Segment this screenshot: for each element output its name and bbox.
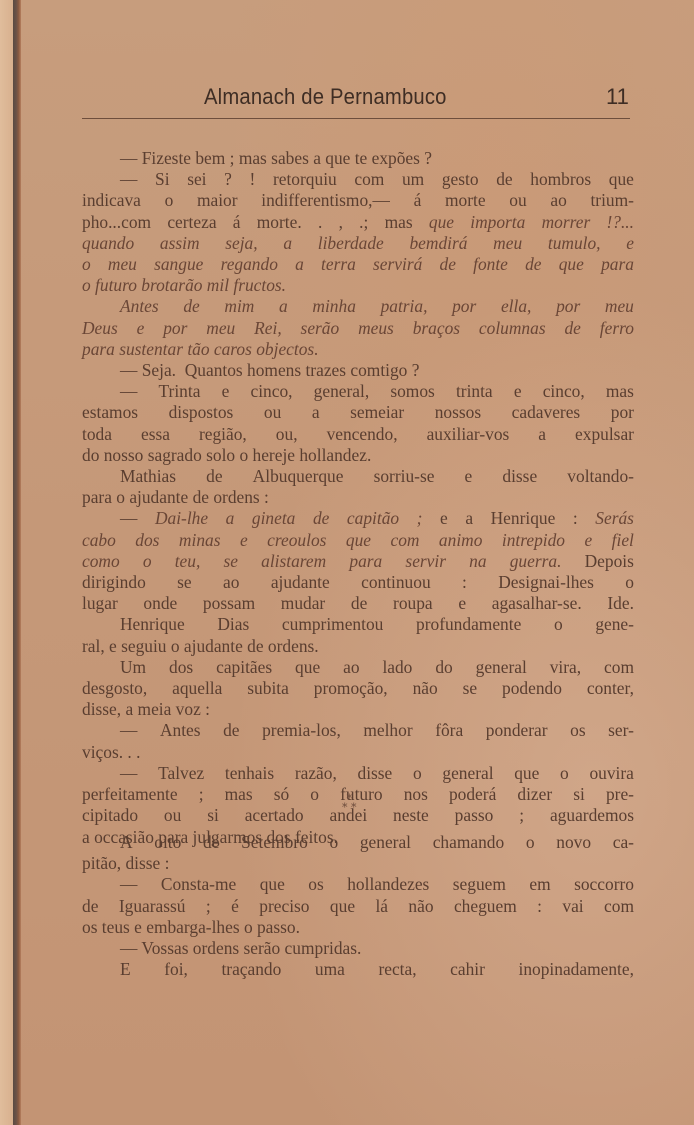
word: dos xyxy=(135,530,159,551)
text-line: cipitadoousiacertadoandeinestepasso;agua… xyxy=(82,805,634,826)
word: semeiar xyxy=(350,402,404,423)
word: sei xyxy=(187,169,206,190)
word: e xyxy=(240,530,248,551)
word: teu, xyxy=(175,551,201,572)
word: de xyxy=(351,593,367,614)
word: subita xyxy=(247,678,289,699)
word: Mathias xyxy=(120,466,176,487)
word: com xyxy=(604,896,634,917)
text-line: do nosso sagrado solo o hereje hollandez… xyxy=(82,445,634,466)
text-segment: pitão, disse : xyxy=(82,853,169,874)
text-line: pitão, disse : xyxy=(82,853,634,874)
word: de xyxy=(525,254,541,275)
word: inopinadamente, xyxy=(519,959,634,980)
word: nos xyxy=(404,784,428,805)
word: indifferentismo,— xyxy=(261,190,390,211)
word: trium- xyxy=(590,190,633,211)
word: Talvez xyxy=(158,763,204,784)
word: sorriu-se xyxy=(374,466,435,487)
word: só xyxy=(274,784,289,805)
word: — xyxy=(120,169,137,190)
word: oito xyxy=(154,832,181,853)
word: si xyxy=(573,784,585,805)
word: para xyxy=(349,551,382,572)
text-line: — Vossas ordens serão cumpridas. xyxy=(82,938,634,959)
word: liberdade xyxy=(318,233,384,254)
word: e xyxy=(465,466,473,487)
word: E xyxy=(120,959,131,980)
text-line: comooteu,sealistaremparaservirnaguerra.D… xyxy=(82,551,634,572)
word: animo xyxy=(439,530,482,551)
word: fiel xyxy=(612,530,634,551)
text-line: omeusangueregandoaterraservirádefontedeq… xyxy=(82,254,634,275)
word: dizer xyxy=(517,784,552,805)
text-segment: ral, e seguiu o ajudante de ordens. xyxy=(82,636,319,657)
word: premia-los, xyxy=(262,720,341,741)
text-segment: os teus e embarga-lhes o passo. xyxy=(82,917,300,938)
word: o xyxy=(82,254,91,275)
word: ou, xyxy=(276,424,298,445)
word: acertado xyxy=(245,805,304,826)
word: possam xyxy=(203,593,255,614)
text-segment: do nosso sagrado solo o hereje hollandez… xyxy=(82,445,371,466)
word: hollandezes xyxy=(347,874,429,895)
word: por xyxy=(452,296,476,317)
word: Henrique xyxy=(120,614,185,635)
word: servir xyxy=(405,551,446,572)
word: por xyxy=(556,296,580,317)
text-segment: viços. . . xyxy=(82,742,140,763)
word: na xyxy=(469,551,486,572)
text-line: ral, e seguiu o ajudante de ordens. xyxy=(82,636,634,657)
word: ou xyxy=(264,402,281,423)
text-line: Antesdemimaminhapatria,porella,pormeu xyxy=(82,296,634,317)
word: Ide. xyxy=(607,593,634,614)
word: quando xyxy=(82,233,134,254)
word: promoção, xyxy=(314,678,388,699)
word: general xyxy=(360,832,411,853)
text-line: para sustentar tão caros objectos. xyxy=(82,339,634,360)
text-segment: disse, a meia voz : xyxy=(82,699,210,720)
word: a xyxy=(312,402,320,423)
word: cadaveres xyxy=(512,402,581,423)
asterism-bottom: * * xyxy=(342,803,357,812)
word: Rei, xyxy=(254,318,282,339)
word: e xyxy=(584,530,592,551)
word: como xyxy=(82,551,120,572)
book-binding xyxy=(13,0,21,1125)
word: que xyxy=(346,530,371,551)
word: minas xyxy=(179,530,221,551)
word: : xyxy=(573,508,578,529)
word: os xyxy=(570,720,585,741)
word: a xyxy=(279,296,288,317)
word: ser- xyxy=(608,720,634,741)
word: mas xyxy=(225,784,253,805)
word: neste xyxy=(393,805,429,826)
word: não xyxy=(413,678,438,699)
word: a xyxy=(465,508,473,529)
word: general xyxy=(476,657,527,678)
word: traçando xyxy=(221,959,281,980)
word: meu xyxy=(493,233,522,254)
word: si xyxy=(207,805,219,826)
word: alistarem xyxy=(261,551,326,572)
word: Antes xyxy=(160,720,201,741)
word: lado xyxy=(382,657,412,678)
word: indicava xyxy=(82,190,141,211)
running-head-title: Almanach de Pernambuco xyxy=(204,84,447,110)
text-line: todaessaregião,ou,vencendo,auxiliar-vosa… xyxy=(82,424,634,445)
text-line: —Consta-mequeoshollandezesseguememsoccor… xyxy=(82,874,634,895)
word: com xyxy=(604,657,634,678)
word: de xyxy=(440,254,456,275)
word: mim xyxy=(224,296,254,317)
text-line: indicavaomaiorindifferentismo,—ámorteoua… xyxy=(82,190,634,211)
word: disse xyxy=(502,466,537,487)
word: somos xyxy=(390,381,434,402)
adjacent-page-edge xyxy=(0,0,13,1125)
text-line: — Fizeste bem ; mas sabes a que te expõe… xyxy=(82,148,634,169)
word: conter, xyxy=(587,678,634,699)
running-head: Almanach de Pernambuco 11 xyxy=(0,84,694,114)
word: é xyxy=(231,896,239,917)
text-line: cabodosminasecreoulosquecomanimointrepid… xyxy=(82,530,634,551)
page-number: 11 xyxy=(606,84,629,110)
text-line: —Trintaecinco,general,somostrintaecinco,… xyxy=(82,381,634,402)
word: ; xyxy=(519,805,524,826)
word: ou xyxy=(164,805,181,826)
word: uma xyxy=(315,959,345,980)
text-line: o futuro brotarão mil fructos. xyxy=(82,275,634,296)
text-line: os teus e embarga-lhes o passo. xyxy=(82,917,634,938)
text-line: HenriqueDiascumprimentouprofundamenteoge… xyxy=(82,614,634,635)
word: que xyxy=(295,657,320,678)
text-segment: — Vossas ordens serão cumpridas. xyxy=(120,938,361,959)
word: voltando- xyxy=(567,466,634,487)
word: razão, xyxy=(295,763,337,784)
word: se xyxy=(463,678,478,699)
word: por xyxy=(611,402,634,423)
word: ? xyxy=(224,169,232,190)
word: em xyxy=(529,874,550,895)
word: o xyxy=(413,763,422,784)
body-text-part-1: — Fizeste bem ; mas sabes a que te expõe… xyxy=(82,148,634,848)
word: continuou xyxy=(361,572,431,593)
word: um xyxy=(402,169,424,190)
word: seguem xyxy=(453,874,506,895)
word: com xyxy=(390,530,419,551)
word: roupa xyxy=(393,593,433,614)
text-line: —Antesdepremia-los,melhorfôraponderaross… xyxy=(82,720,634,741)
word: meu xyxy=(108,254,137,275)
text-line: —Dai-lheaginetadecapitão;eaHenrique:Será… xyxy=(82,508,634,529)
word: passo xyxy=(455,805,494,826)
word: serão xyxy=(301,318,340,339)
word: a xyxy=(226,508,235,529)
word: pho...com xyxy=(82,212,151,233)
word: recta, xyxy=(378,959,416,980)
word: Um xyxy=(120,657,146,678)
word: cabo xyxy=(82,530,116,551)
text-line: perfeitamente;massóofuturonospoderádizer… xyxy=(82,784,634,805)
word: com xyxy=(354,169,384,190)
word: — xyxy=(120,720,137,741)
word: o xyxy=(554,614,563,635)
word: bemdirá xyxy=(409,233,467,254)
word: a xyxy=(538,424,546,445)
word: trinta xyxy=(456,381,493,402)
word: se xyxy=(177,572,192,593)
word: ao xyxy=(343,657,359,678)
word: cinco, xyxy=(543,381,585,402)
word: Dai-lhe xyxy=(155,508,208,529)
word: morte. xyxy=(257,212,302,233)
word: Serás xyxy=(595,508,634,529)
word: e xyxy=(626,233,634,254)
word: e xyxy=(137,318,145,339)
word: Iguarassú xyxy=(119,896,186,917)
word: desgosto, xyxy=(82,678,147,699)
word: ao xyxy=(550,190,566,211)
word: vai xyxy=(562,896,583,917)
word: certeza xyxy=(167,212,216,233)
word: que xyxy=(559,254,584,275)
word: Dias xyxy=(217,614,249,635)
word: a xyxy=(295,254,304,275)
word: ; xyxy=(206,896,211,917)
word: soccorro xyxy=(574,874,634,895)
word: e xyxy=(222,381,230,402)
word: aquella xyxy=(172,678,222,699)
word: — xyxy=(120,874,137,895)
word: morrer xyxy=(542,212,591,233)
word: ponderar xyxy=(486,720,548,741)
word: !?... xyxy=(606,212,634,233)
word: minha xyxy=(312,296,355,317)
word: dispostos xyxy=(169,402,234,423)
word: e xyxy=(514,381,522,402)
text-line: dirigindoseaoajudantecontinuou:Designai-… xyxy=(82,572,634,593)
word: ao xyxy=(223,572,239,593)
word: por xyxy=(163,318,187,339)
word: Consta-me xyxy=(161,874,236,895)
word: que xyxy=(330,896,355,917)
text-line: lugarondepossammudarderoupaeagasalhar-se… xyxy=(82,593,634,614)
word: vira, xyxy=(550,657,581,678)
word: o xyxy=(526,832,535,853)
word: de xyxy=(564,318,580,339)
word: do xyxy=(435,657,452,678)
word: cheguem xyxy=(454,896,517,917)
word: A xyxy=(120,832,133,853)
word: — xyxy=(120,381,137,402)
word: de xyxy=(313,508,329,529)
word: Depois xyxy=(585,551,634,572)
word: ; xyxy=(417,508,423,529)
word: ! xyxy=(250,169,256,190)
word: auxiliar-vos xyxy=(427,424,510,445)
word: podendo xyxy=(502,678,562,699)
word: poderá xyxy=(449,784,496,805)
word: tenhais xyxy=(225,763,274,784)
word: os xyxy=(308,874,323,895)
word: o xyxy=(329,832,338,853)
word: .; xyxy=(359,212,368,233)
text-line: Efoi,traçandoumarecta,cahirinopinadament… xyxy=(82,959,634,980)
word: á xyxy=(233,212,241,233)
word: hombros xyxy=(530,169,591,190)
word: — xyxy=(120,508,137,529)
word: capitão xyxy=(347,508,399,529)
word: essa xyxy=(141,424,170,445)
word: toda xyxy=(82,424,112,445)
word: Antes xyxy=(120,296,159,317)
word: mas xyxy=(606,381,634,402)
word: terra xyxy=(321,254,356,275)
word: guerra. xyxy=(510,551,562,572)
word: tumulo, xyxy=(548,233,601,254)
word: não xyxy=(408,896,433,917)
word: meu xyxy=(605,296,634,317)
word: cipitado xyxy=(82,805,138,826)
word: que xyxy=(429,212,454,233)
word: mas xyxy=(385,212,413,233)
text-line: AoitodeSetembroogeneralchamandoonovoca- xyxy=(82,832,634,853)
word: de xyxy=(206,466,222,487)
word: foi, xyxy=(164,959,188,980)
text-line: para o ajudante de ordens : xyxy=(82,487,634,508)
asterism-separator: * * * xyxy=(342,794,357,812)
word: — xyxy=(120,763,137,784)
word: general xyxy=(442,763,493,784)
word: onde xyxy=(143,593,177,614)
word: pre- xyxy=(606,784,634,805)
word: seja, xyxy=(225,233,257,254)
text-line: quandoassimseja,aliberdadebemdirámeutumu… xyxy=(82,233,634,254)
word: ; xyxy=(199,784,204,805)
word: maior xyxy=(197,190,238,211)
text-segment: — Seja. Quantos homens trazes comtigo ? xyxy=(120,360,419,381)
word: servirá xyxy=(373,254,422,275)
word: Setembro xyxy=(241,832,308,853)
word: mudar xyxy=(281,593,325,614)
word: ferro xyxy=(600,318,634,339)
text-line: — Seja. Quantos homens trazes comtigo ? xyxy=(82,360,634,381)
word: melhor xyxy=(363,720,412,741)
word: se xyxy=(223,551,238,572)
word: general, xyxy=(314,381,370,402)
text-line: estamosdispostosouasemeiarnossoscadavere… xyxy=(82,402,634,423)
word: aguardemos xyxy=(550,805,634,826)
word: profundamente xyxy=(416,614,521,635)
word: lugar xyxy=(82,593,118,614)
word: expulsar xyxy=(575,424,634,445)
text-line: Umdoscapitãesqueaoladodogeneralvira,com xyxy=(82,657,634,678)
word: columnas xyxy=(479,318,546,339)
word: Trinta xyxy=(159,381,201,402)
word: Designai-lhes xyxy=(498,572,594,593)
word: e xyxy=(440,508,448,529)
text-segment: o futuro brotarão mil fructos. xyxy=(82,275,286,296)
word: fôra xyxy=(435,720,463,741)
word: ella, xyxy=(501,296,531,317)
text-line: disse, a meia voz : xyxy=(82,699,634,720)
word: assim xyxy=(160,233,200,254)
word: cinco, xyxy=(250,381,292,402)
word: gineta xyxy=(252,508,295,529)
text-segment: para sustentar tão caros objectos. xyxy=(82,339,319,360)
word: regando xyxy=(221,254,278,275)
word: . xyxy=(318,212,322,233)
word: importa xyxy=(470,212,525,233)
word: meu xyxy=(206,318,235,339)
word: chamando xyxy=(433,832,504,853)
word: o xyxy=(625,572,634,593)
word: região, xyxy=(199,424,247,445)
word: o xyxy=(560,763,569,784)
word: que xyxy=(260,874,285,895)
word: gene- xyxy=(595,614,634,635)
word: o xyxy=(310,784,319,805)
word: cumprimentou xyxy=(282,614,383,635)
word: estamos xyxy=(82,402,138,423)
word: o xyxy=(143,551,152,572)
word: que xyxy=(514,763,539,784)
word: á xyxy=(414,190,422,211)
word: o xyxy=(165,190,174,211)
word: : xyxy=(537,896,542,917)
text-line: —Sisei?!retorquiucomumgestodehombrosque xyxy=(82,169,634,190)
word: agasalhar-se. xyxy=(492,593,582,614)
word: retorquiu xyxy=(273,169,337,190)
word: ajudante xyxy=(271,572,330,593)
word: , xyxy=(339,212,343,233)
word: disse xyxy=(358,763,393,784)
header-rule xyxy=(82,118,630,119)
word: que xyxy=(609,169,634,190)
text-segment: — Fizeste bem ; mas sabes a que te expõe… xyxy=(120,148,432,169)
word: Deus xyxy=(82,318,118,339)
word: fonte xyxy=(473,254,508,275)
word: de xyxy=(82,896,98,917)
word: ca- xyxy=(613,832,634,853)
text-line: desgosto,aquellasubitapromoção,nãosepode… xyxy=(82,678,634,699)
word: novo xyxy=(556,832,591,853)
text-segment: para o ajudante de ordens : xyxy=(82,487,269,508)
word: intrepido xyxy=(502,530,565,551)
word: de xyxy=(203,832,219,853)
word: Si xyxy=(155,169,170,190)
word: nossos xyxy=(435,402,481,423)
word: capitães xyxy=(216,657,272,678)
word: lá xyxy=(375,896,388,917)
word: dirigindo xyxy=(82,572,146,593)
text-line: viços. . . xyxy=(82,742,634,763)
word: morte xyxy=(445,190,486,211)
word: e xyxy=(458,593,466,614)
body-text-part-2: AoitodeSetembroogeneralchamandoonovoca-p… xyxy=(82,832,634,980)
word: braços xyxy=(413,318,460,339)
word: meus xyxy=(358,318,394,339)
word: ouvira xyxy=(589,763,633,784)
text-line: MathiasdeAlbuquerquesorriu-seedissevolta… xyxy=(82,466,634,487)
word: ou xyxy=(509,190,526,211)
word: de xyxy=(183,296,199,317)
word: gesto xyxy=(442,169,479,190)
text-line: deIguarassú;éprecisoquelánãocheguem:vaic… xyxy=(82,896,634,917)
text-line: DeusepormeuRei,serãomeusbraçoscolumnasde… xyxy=(82,318,634,339)
